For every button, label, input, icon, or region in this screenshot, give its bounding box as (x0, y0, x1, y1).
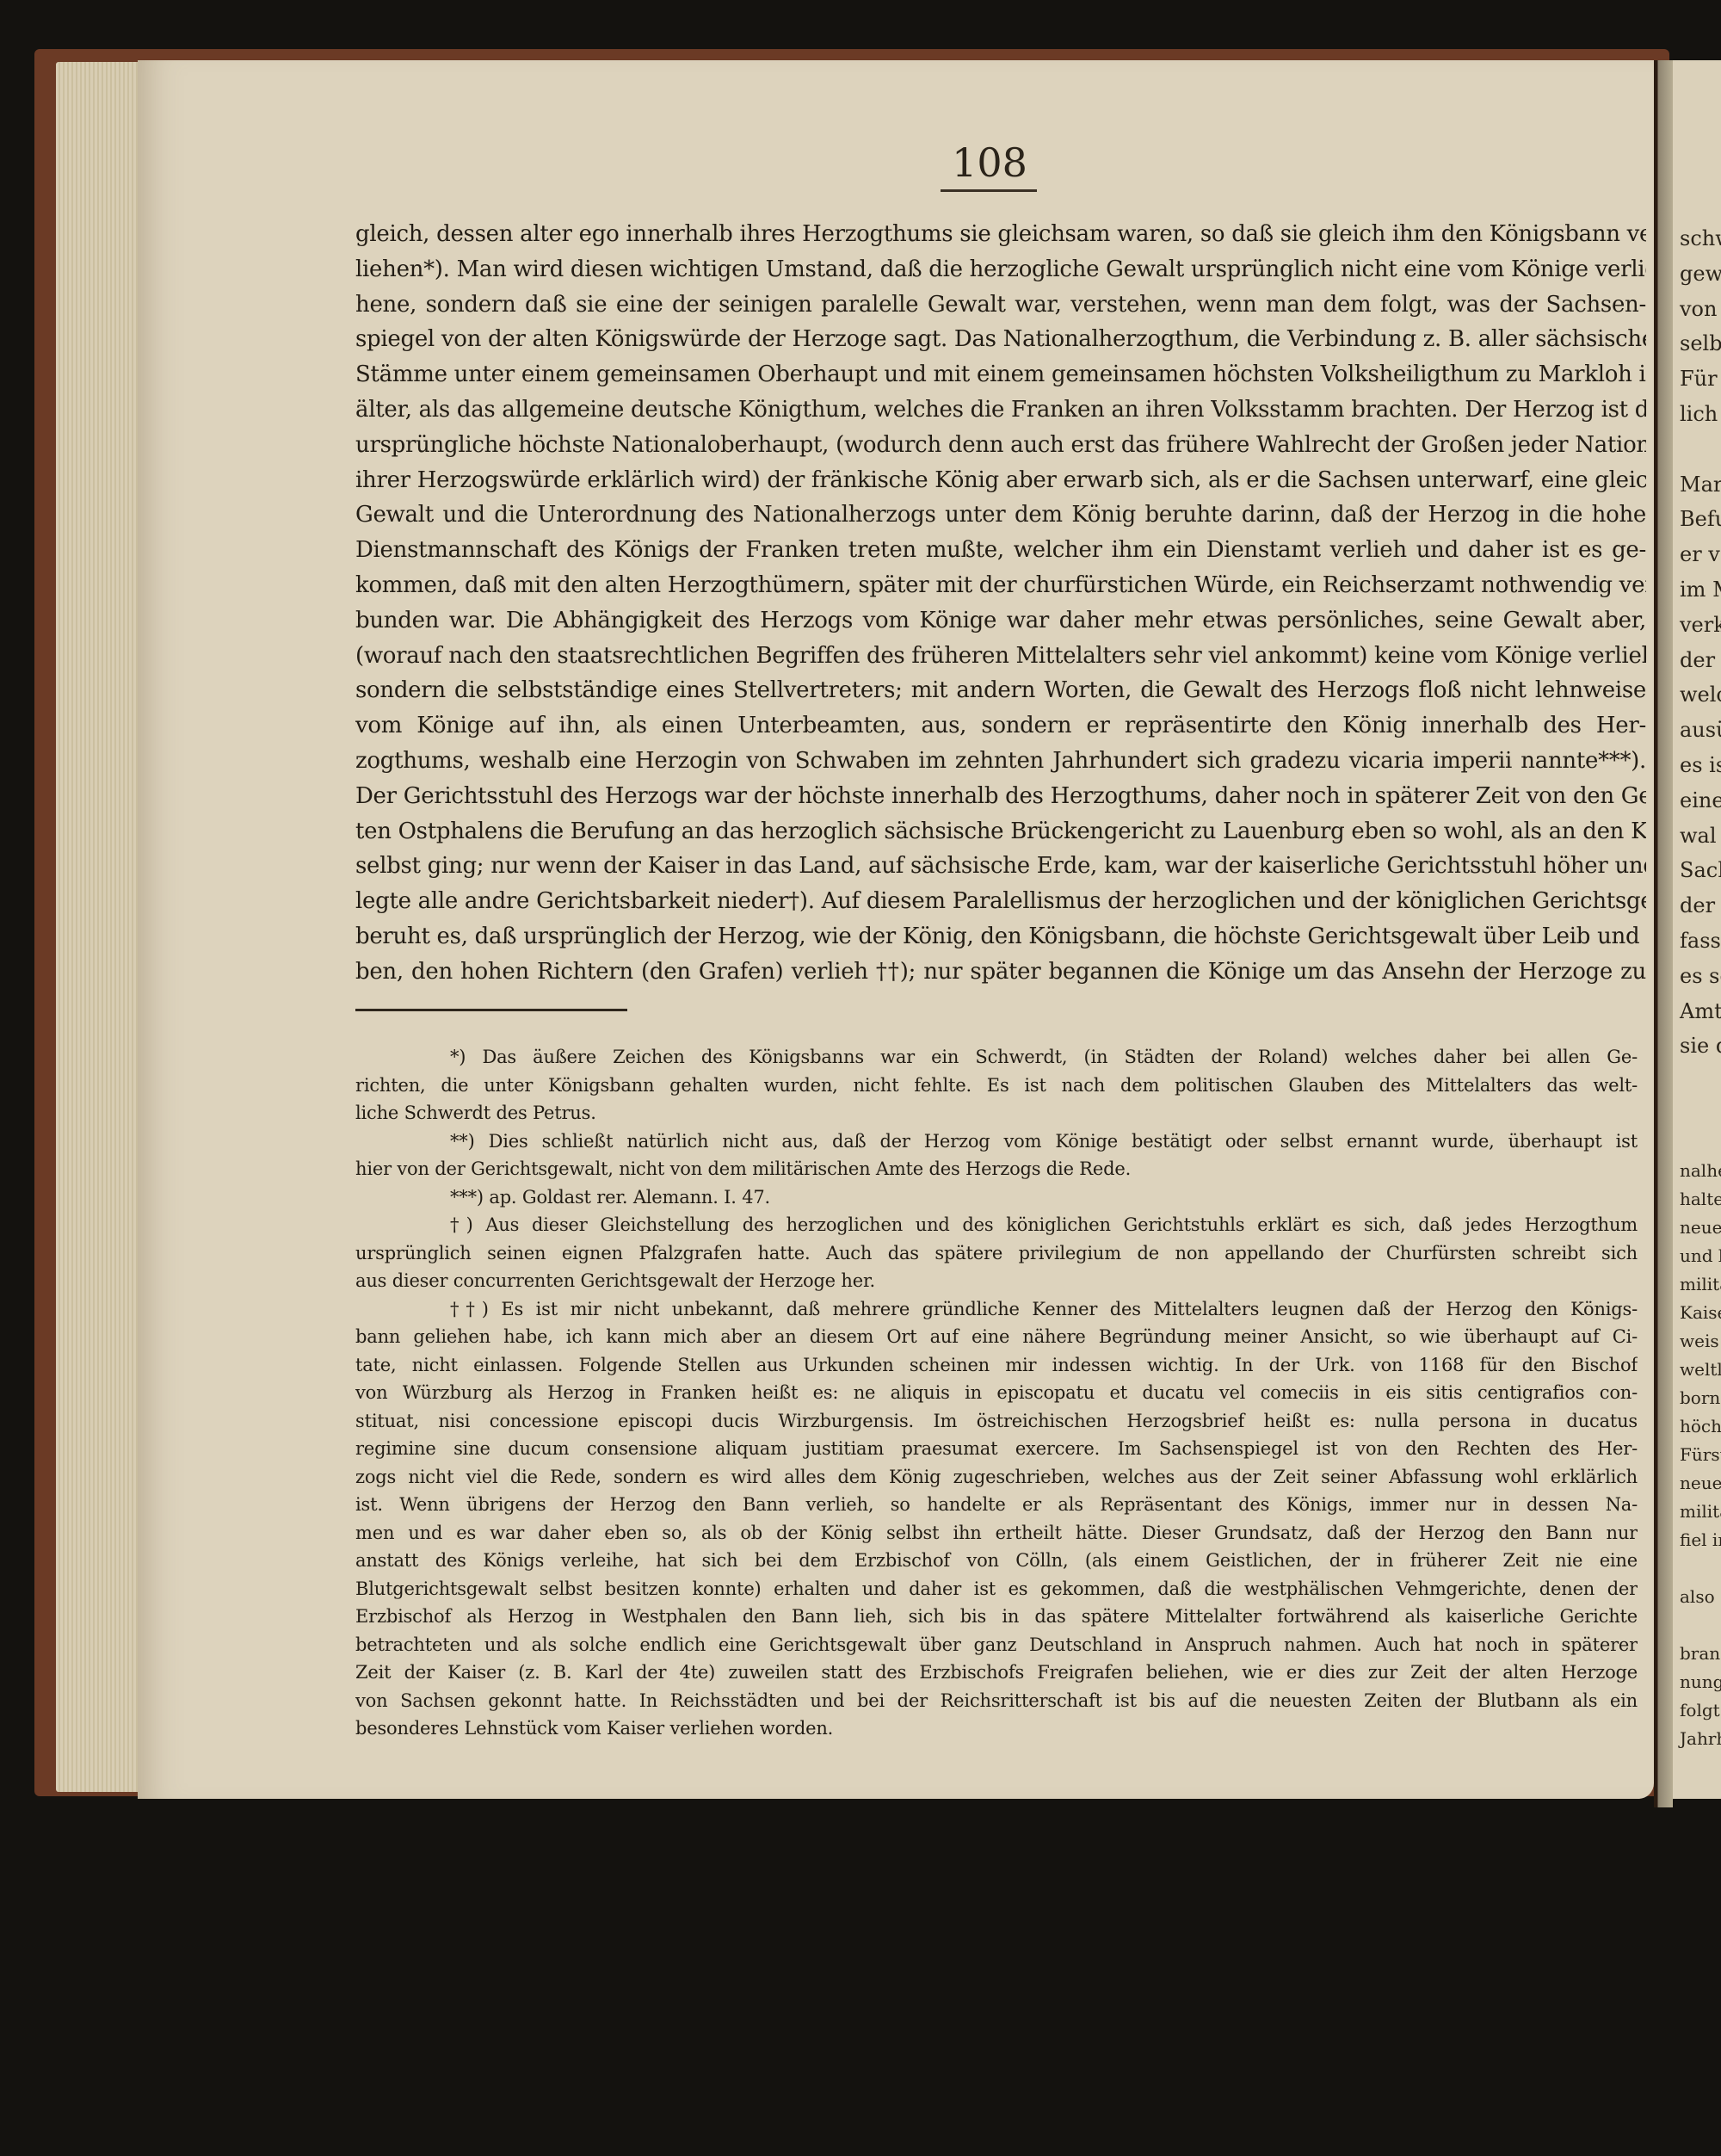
footnote-line: Zeit der Kaiser (z. B. Karl der 4te) zuw… (355, 1659, 1638, 1687)
footnote-line: ist. Wenn übrigens der Herzog den Bann v… (355, 1491, 1638, 1519)
adjacent-page-fragment: Sach (1680, 860, 1721, 880)
footnote-line: †) Aus dieser Gleichstellung des herzogl… (355, 1211, 1638, 1239)
adjacent-page-fragment: weis (1680, 1332, 1719, 1350)
text-line: legte alle andre Gerichtsbarkeit nieder†… (355, 884, 1646, 919)
book-gutter (1654, 60, 1673, 1807)
text-line: ihrer Herzogswürde erklärlich wird) der … (355, 463, 1646, 498)
adjacent-page-fragment: Für (1680, 368, 1718, 389)
text-line: kommen, daß mit den alten Herzogthümern,… (355, 568, 1646, 603)
adjacent-page-fragment: militä (1680, 1276, 1721, 1293)
adjacent-page-fragment: Jahrh (1680, 1730, 1721, 1747)
adjacent-page-fragment: weltli (1680, 1361, 1721, 1378)
adjacent-page-fragment: verkn (1680, 615, 1721, 635)
page-number: 108 (929, 139, 1050, 186)
text-line: ursprüngliche höchste Nationaloberhaupt,… (355, 428, 1646, 463)
adjacent-page-fragment: Fürst (1680, 1446, 1721, 1463)
page-number-rule (941, 189, 1037, 192)
adjacent-page-fragment: es is (1680, 755, 1721, 775)
text-line: spiegel von der alten Königswürde der He… (355, 322, 1646, 357)
footnote-line: aus dieser concurrenten Gerichtsgewalt d… (355, 1267, 1638, 1295)
footnote-line: regimine sine ducum consensione aliquam … (355, 1435, 1638, 1463)
footnote-line: men und es war daher eben so, als ob der… (355, 1519, 1638, 1548)
text-line: Stämme unter einem gemeinsamen Oberhaupt… (355, 357, 1646, 392)
adjacent-page-fragment: Kaiser (1680, 1304, 1721, 1321)
adjacent-page-fragment: gewi (1680, 263, 1721, 284)
text-line: (worauf nach den staatsrechtlichen Begri… (355, 639, 1646, 674)
footnote-line: betrachteten und als solche endlich eine… (355, 1631, 1638, 1659)
footnote-line: liche Schwerdt des Petrus. (355, 1099, 1638, 1127)
adjacent-page-fragment: brand (1680, 1645, 1721, 1662)
text-line: ten Ostphalens die Berufung an das herzo… (355, 814, 1646, 849)
footnote: ***) ap. Goldast rer. Alemann. I. 47. (355, 1183, 1638, 1212)
main-text-block: gleich, dessen alter ego innerhalb ihres… (355, 217, 1646, 990)
footnote-line: tate, nicht einlassen. Folgende Stellen … (355, 1351, 1638, 1380)
footnote-line: hier von der Gerichtsgewalt, nicht von d… (355, 1155, 1638, 1183)
footnote-line: Blutgerichtsgewalt selbst besitzen konnt… (355, 1575, 1638, 1603)
text-line: Gewalt und die Unterordnung des National… (355, 497, 1646, 533)
adjacent-page-fragment: fassen (1680, 930, 1721, 951)
adjacent-page-fragment: von (1680, 299, 1717, 319)
footnote-line: von Sachsen gekonnt hatte. In Reichsstäd… (355, 1687, 1638, 1715)
footnote-separator (355, 1009, 627, 1011)
adjacent-page-fragment: Amt (1680, 1001, 1721, 1022)
text-line: hene, sondern daß sie eine der seinigen … (355, 287, 1646, 323)
text-line: liehen*). Man wird diesen wichtigen Umst… (355, 252, 1646, 287)
footnote-line: von Würzburg als Herzog in Franken heißt… (355, 1379, 1638, 1407)
footnote-line: bann geliehen habe, ich kann mich aber a… (355, 1323, 1638, 1351)
adjacent-page-fragment: born) (1680, 1389, 1721, 1406)
footnote: †) Aus dieser Gleichstellung des herzogl… (355, 1211, 1638, 1295)
adjacent-page-fragment: Mar (1680, 474, 1721, 495)
adjacent-page-fragment: selbst (1680, 333, 1721, 354)
adjacent-page-fragment: sie d (1680, 1035, 1721, 1056)
adjacent-page-fragment: also e (1680, 1588, 1721, 1605)
adjacent-page-fragment: wal (1680, 825, 1717, 846)
adjacent-page-fragment: welch (1680, 684, 1721, 705)
adjacent-page-fragment: es sch (1680, 966, 1721, 986)
text-line: sondern die selbstständige eines Stellve… (355, 673, 1646, 708)
text-line: gleich, dessen alter ego innerhalb ihres… (355, 217, 1646, 252)
adjacent-page-fragment: ausü (1680, 720, 1721, 740)
footnote-line: stituat, nisi concessione episcopi ducis… (355, 1407, 1638, 1436)
adjacent-page-fragment: neuer (1680, 1219, 1721, 1236)
adjacent-page-edge: schwgewivonselbstFürlichMarBefuer vim Mv… (1673, 60, 1721, 1799)
adjacent-page-fragment: und l (1680, 1247, 1721, 1264)
text-line: zogthums, weshalb eine Herzogin von Schw… (355, 744, 1646, 779)
adjacent-page-fragment: fiel in (1680, 1531, 1721, 1548)
footnote-line: Erzbischof als Herzog in Westphalen den … (355, 1603, 1638, 1631)
adjacent-page-fragment: eine (1680, 790, 1721, 811)
adjacent-page-fragment: neuest (1680, 1474, 1721, 1492)
footnote-line: ursprünglich seinen eignen Pfalzgrafen h… (355, 1239, 1638, 1268)
adjacent-page-fragment: Befu (1680, 509, 1721, 529)
footnote: **) Dies schließt natürlich nicht aus, d… (355, 1127, 1638, 1183)
adjacent-page-fragment: er v (1680, 544, 1720, 565)
footnote: ††) Es ist mir nicht unbekannt, daß mehr… (355, 1295, 1638, 1743)
text-line: bunden war. Die Abhängigkeit des Herzogs… (355, 603, 1646, 639)
text-line: vom Könige auf ihn, als einen Unterbeamt… (355, 708, 1646, 744)
text-line: selbst ging; nur wenn der Kaiser in das … (355, 849, 1646, 884)
footnote-line: *) Das äußere Zeichen des Königsbanns wa… (355, 1043, 1638, 1072)
adjacent-page-fragment: halter (1680, 1190, 1721, 1208)
footnote-line: besonderes Lehnstück vom Kaiser verliehe… (355, 1714, 1638, 1743)
adjacent-page-fragment: folgt (1680, 1702, 1720, 1719)
text-line: Der Gerichtsstuhl des Herzogs war der hö… (355, 779, 1646, 814)
adjacent-page-fragment: höchst (1680, 1418, 1721, 1435)
text-line: ben, den hohen Richtern (den Grafen) ver… (355, 954, 1646, 990)
footnote-line: zogs nicht viel die Rede, sondern es wir… (355, 1463, 1638, 1492)
text-line: Dienstmannschaft des Königs der Franken … (355, 533, 1646, 568)
adjacent-page-fragment: lich (1680, 404, 1718, 424)
text-line: älter, als das allgemeine deutsche König… (355, 392, 1646, 428)
footnotes-block: *) Das äußere Zeichen des Königsbanns wa… (355, 1043, 1638, 1743)
adjacent-page-fragment: nunge (1680, 1673, 1721, 1690)
adjacent-page-fragment: der (1680, 650, 1715, 670)
footnote-line: anstatt des Königs verleihe, hat sich be… (355, 1547, 1638, 1575)
adjacent-page-fragment: schw (1680, 228, 1721, 249)
footnote-line: richten, die unter Königsbann gehalten w… (355, 1072, 1638, 1100)
footnote-line: ††) Es ist mir nicht unbekannt, daß mehr… (355, 1295, 1638, 1324)
footnote-line: ***) ap. Goldast rer. Alemann. I. 47. (355, 1183, 1638, 1212)
adjacent-page-fragment: im M (1680, 579, 1721, 600)
adjacent-page-fragment: militä (1680, 1503, 1721, 1520)
text-line: beruht es, daß ursprünglich der Herzog, … (355, 919, 1646, 954)
footnote: *) Das äußere Zeichen des Königsbanns wa… (355, 1043, 1638, 1127)
adjacent-page-fragment: nalhe (1680, 1162, 1721, 1179)
adjacent-page-fragment: der l (1680, 895, 1721, 916)
footnote-line: **) Dies schließt natürlich nicht aus, d… (355, 1127, 1638, 1156)
